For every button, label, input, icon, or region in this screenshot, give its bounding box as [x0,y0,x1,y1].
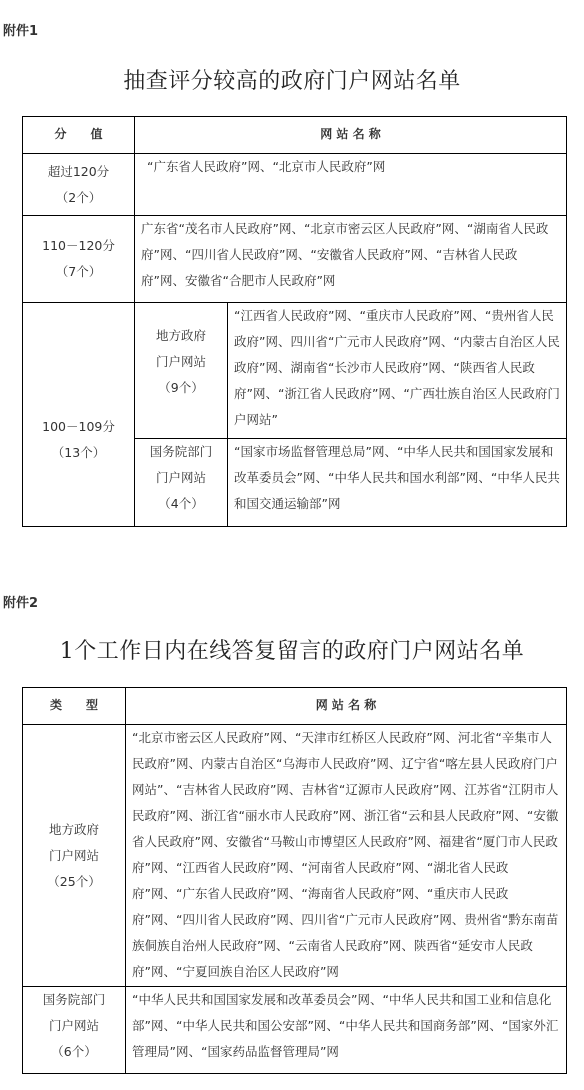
table-header-row: 分 值 网 站 名 称 [23,117,567,154]
attachment-2-label: 附件2 [3,592,38,611]
high-score-websites-table: 分 值 网 站 名 称 超过120分 （2个） “广东省人民政府”网、“北京市人… [22,116,567,527]
type-cell: 地方政府 门户网站 （25个） [23,725,126,987]
header-score: 分 值 [23,117,135,154]
table-row: 110－120分 （7个） 广东省“茂名市人民政府”网、“北京市密云区人民政府”… [23,216,567,303]
attachment-1-title: 抽查评分较高的政府门户网站名单 [0,64,584,95]
type-label: 门户网站 [23,843,125,869]
table-row: 地方政府 门户网站 （25个） “北京市密云区人民政府”网、“天津市红桥区人民政… [23,725,567,987]
quick-reply-websites-table: 类 型 网 站 名 称 地方政府 门户网站 （25个） “北京市密云区人民政府”… [22,687,567,1074]
type-label: 地方政府 [23,817,125,843]
type-label: 门户网站 [135,465,227,491]
website-names-cell: 广东省“茂名市人民政府”网、“北京市密云区人民政府”网、“湖南省人民政府”网、“… [135,216,567,303]
type-count: （6个） [23,1039,125,1065]
table-row: 100－109分 （13个） 地方政府 门户网站 （9个） “江西省人民政府”网… [23,303,567,439]
type-cell: 国务院部门 门户网站 （6个） [23,987,126,1074]
score-cell: 100－109分 （13个） [23,303,135,527]
website-names-cell: “中华人民共和国国家发展和改革委员会”网、“中华人民共和国工业和信息化部”网、“… [126,987,567,1074]
type-label: 地方政府 [135,323,227,349]
score-count: （13个） [23,440,134,466]
type-count: （9个） [135,375,227,401]
score-range: 100－109分 [23,414,134,440]
type-count: （25个） [23,869,125,895]
attachment-1-label: 附件1 [3,20,38,39]
header-website-name: 网 站 名 称 [126,688,567,725]
header-website-name: 网 站 名 称 [135,117,567,154]
score-cell: 超过120分 （2个） [23,154,135,216]
type-cell: 地方政府 门户网站 （9个） [135,303,228,439]
score-range: 110－120分 [23,233,134,259]
type-label: 国务院部门 [135,439,227,465]
website-names-cell: “广东省人民政府”网、“北京市人民政府”网 [135,154,567,216]
type-count: （4个） [135,491,227,517]
attachment-2-title: 1个工作日内在线答复留言的政府门户网站名单 [0,634,584,665]
score-range: 超过120分 [23,159,134,185]
score-count: （7个） [23,259,134,285]
type-label: 门户网站 [135,349,227,375]
website-names-cell: “国家市场监督管理总局”网、“中华人民共和国国家发展和改革委员会”网、“中华人民… [228,439,567,527]
type-label: 国务院部门 [23,987,125,1013]
type-cell: 国务院部门 门户网站 （4个） [135,439,228,527]
score-count: （2个） [23,185,134,211]
website-names-cell: “江西省人民政府”网、“重庆市人民政府”网、“贵州省人民政府”网、四川省“广元市… [228,303,567,439]
header-type: 类 型 [23,688,126,725]
table-row: 国务院部门 门户网站 （6个） “中华人民共和国国家发展和改革委员会”网、“中华… [23,987,567,1074]
website-names-cell: “北京市密云区人民政府”网、“天津市红桥区人民政府”网、河北省“辛集市人民政府”… [126,725,567,987]
table-header-row: 类 型 网 站 名 称 [23,688,567,725]
score-cell: 110－120分 （7个） [23,216,135,303]
type-label: 门户网站 [23,1013,125,1039]
table-row: 超过120分 （2个） “广东省人民政府”网、“北京市人民政府”网 [23,154,567,216]
